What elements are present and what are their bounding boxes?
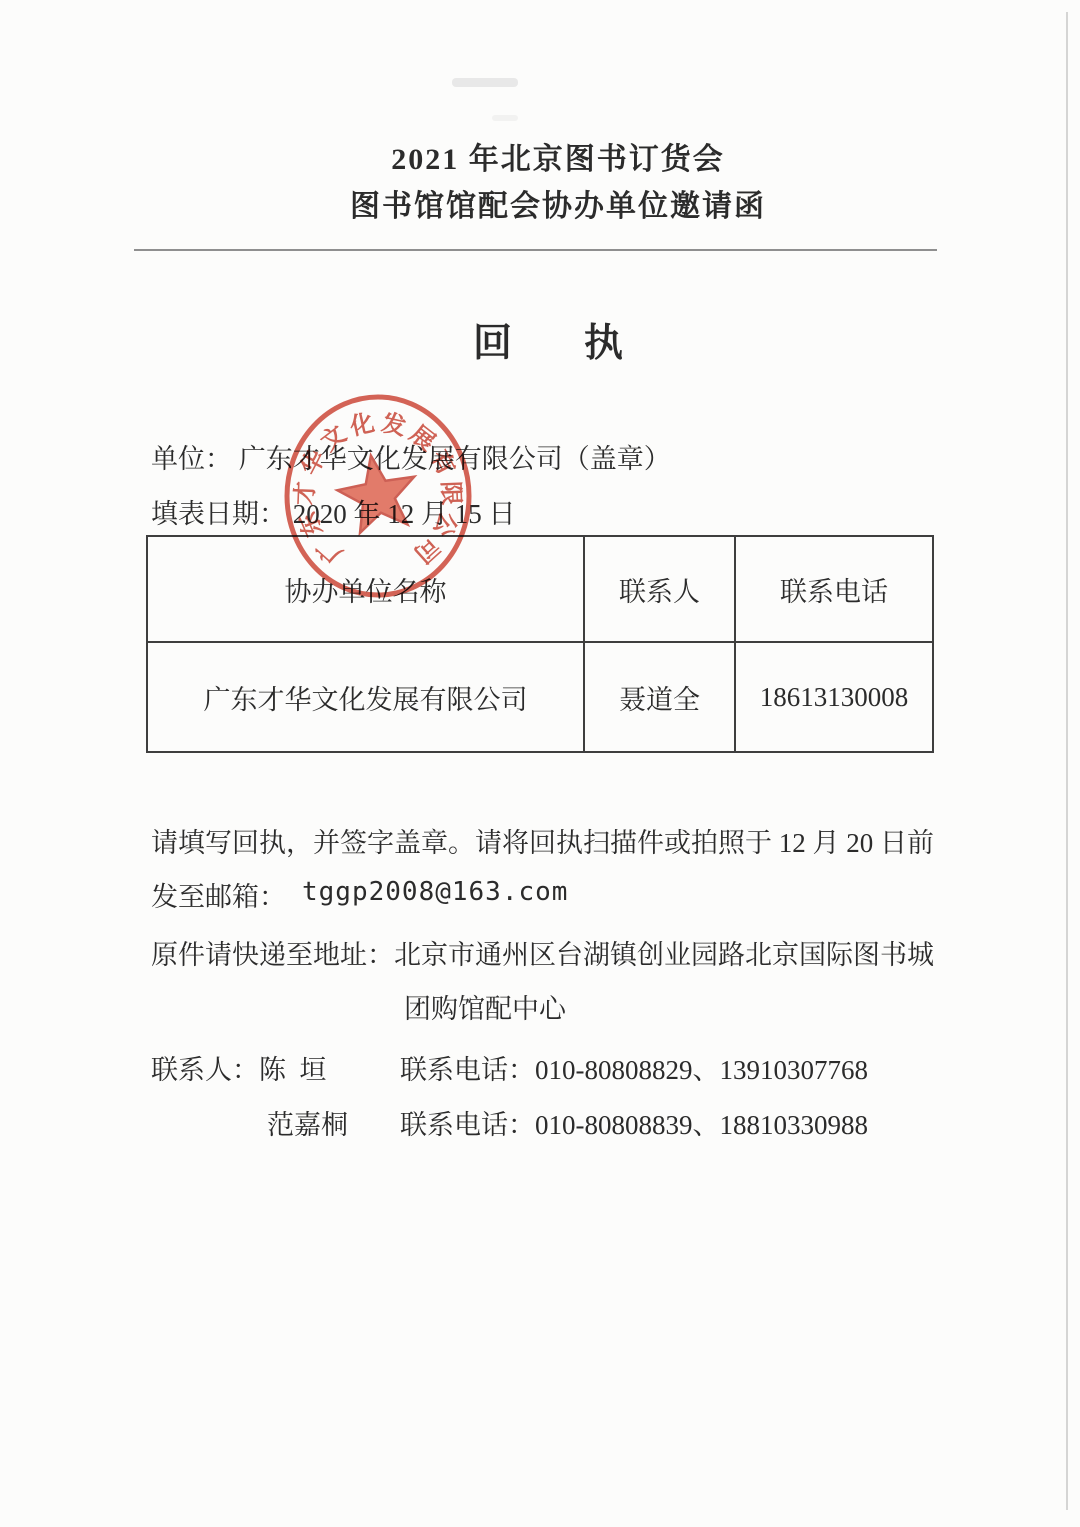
cell-phone: 18613130008 [735, 642, 933, 752]
svg-text:限: 限 [437, 481, 465, 506]
table-row: 广东才华文化发展有限公司 聂道全 18613130008 [147, 642, 933, 752]
reply-heading: 回执 [16, 312, 1080, 368]
header-phone: 联系电话 [735, 536, 933, 642]
table-header-row: 协办单位名称 联系人 联系电话 [147, 536, 933, 642]
document-title-line1: 2021 年北京图书订货会 [36, 134, 1080, 178]
company-seal-stamp: 广东才华文化发展有限公司 [278, 390, 478, 602]
seal-star-icon [332, 449, 422, 536]
svg-text:发: 发 [379, 408, 409, 441]
cell-unit-name: 广东才华文化发展有限公司 [147, 642, 584, 752]
svg-text:司: 司 [409, 532, 445, 568]
document-title-line2: 图书馆馆配会协办单位邀请函 [36, 181, 1080, 225]
contact-1-name: 联系人：陈 垣 [151, 1048, 327, 1087]
mail-address-line2: 团购馆配中心 [404, 987, 566, 1026]
scan-smudge [492, 115, 518, 121]
email-label: 发至邮箱： [151, 875, 286, 914]
contact-2-phone: 联系电话：010-80808839、18810330988 [400, 1103, 868, 1142]
svg-text:东: 东 [294, 508, 328, 541]
email-address: tggp2008@163.com [302, 877, 568, 907]
instruction-line1: 请填写回执，并签字盖章。请将回执扫描件或拍照于 12 月 20 日前 [151, 821, 934, 860]
svg-text:展: 展 [405, 421, 440, 457]
horizontal-rule [134, 249, 937, 251]
svg-text:化: 化 [347, 409, 377, 441]
svg-text:才: 才 [292, 481, 320, 506]
mail-address-line: 原件请快递至地址：北京市通州区台湖镇创业园路北京国际图书城 [151, 933, 934, 972]
contact-1-phone: 联系电话：010-80808829、13910307768 [400, 1048, 868, 1087]
cell-contact: 聂道全 [584, 642, 735, 752]
scanned-document-page: 2021 年北京图书订货会 图书馆馆配会协办单位邀请函 回执 单位： 广东才华文… [0, 0, 1080, 1527]
header-contact: 联系人 [584, 536, 735, 642]
svg-text:公: 公 [428, 508, 461, 540]
svg-text:有: 有 [425, 445, 461, 479]
contact-2-name: 范嘉桐 [267, 1103, 348, 1142]
scan-edge-line [1066, 12, 1068, 1510]
svg-text:文: 文 [316, 421, 351, 457]
reply-table: 协办单位名称 联系人 联系电话 广东才华文化发展有限公司 聂道全 1861313… [146, 535, 934, 753]
svg-text:广: 广 [311, 532, 348, 569]
scan-smudge [452, 78, 518, 87]
svg-text:华: 华 [296, 446, 331, 480]
